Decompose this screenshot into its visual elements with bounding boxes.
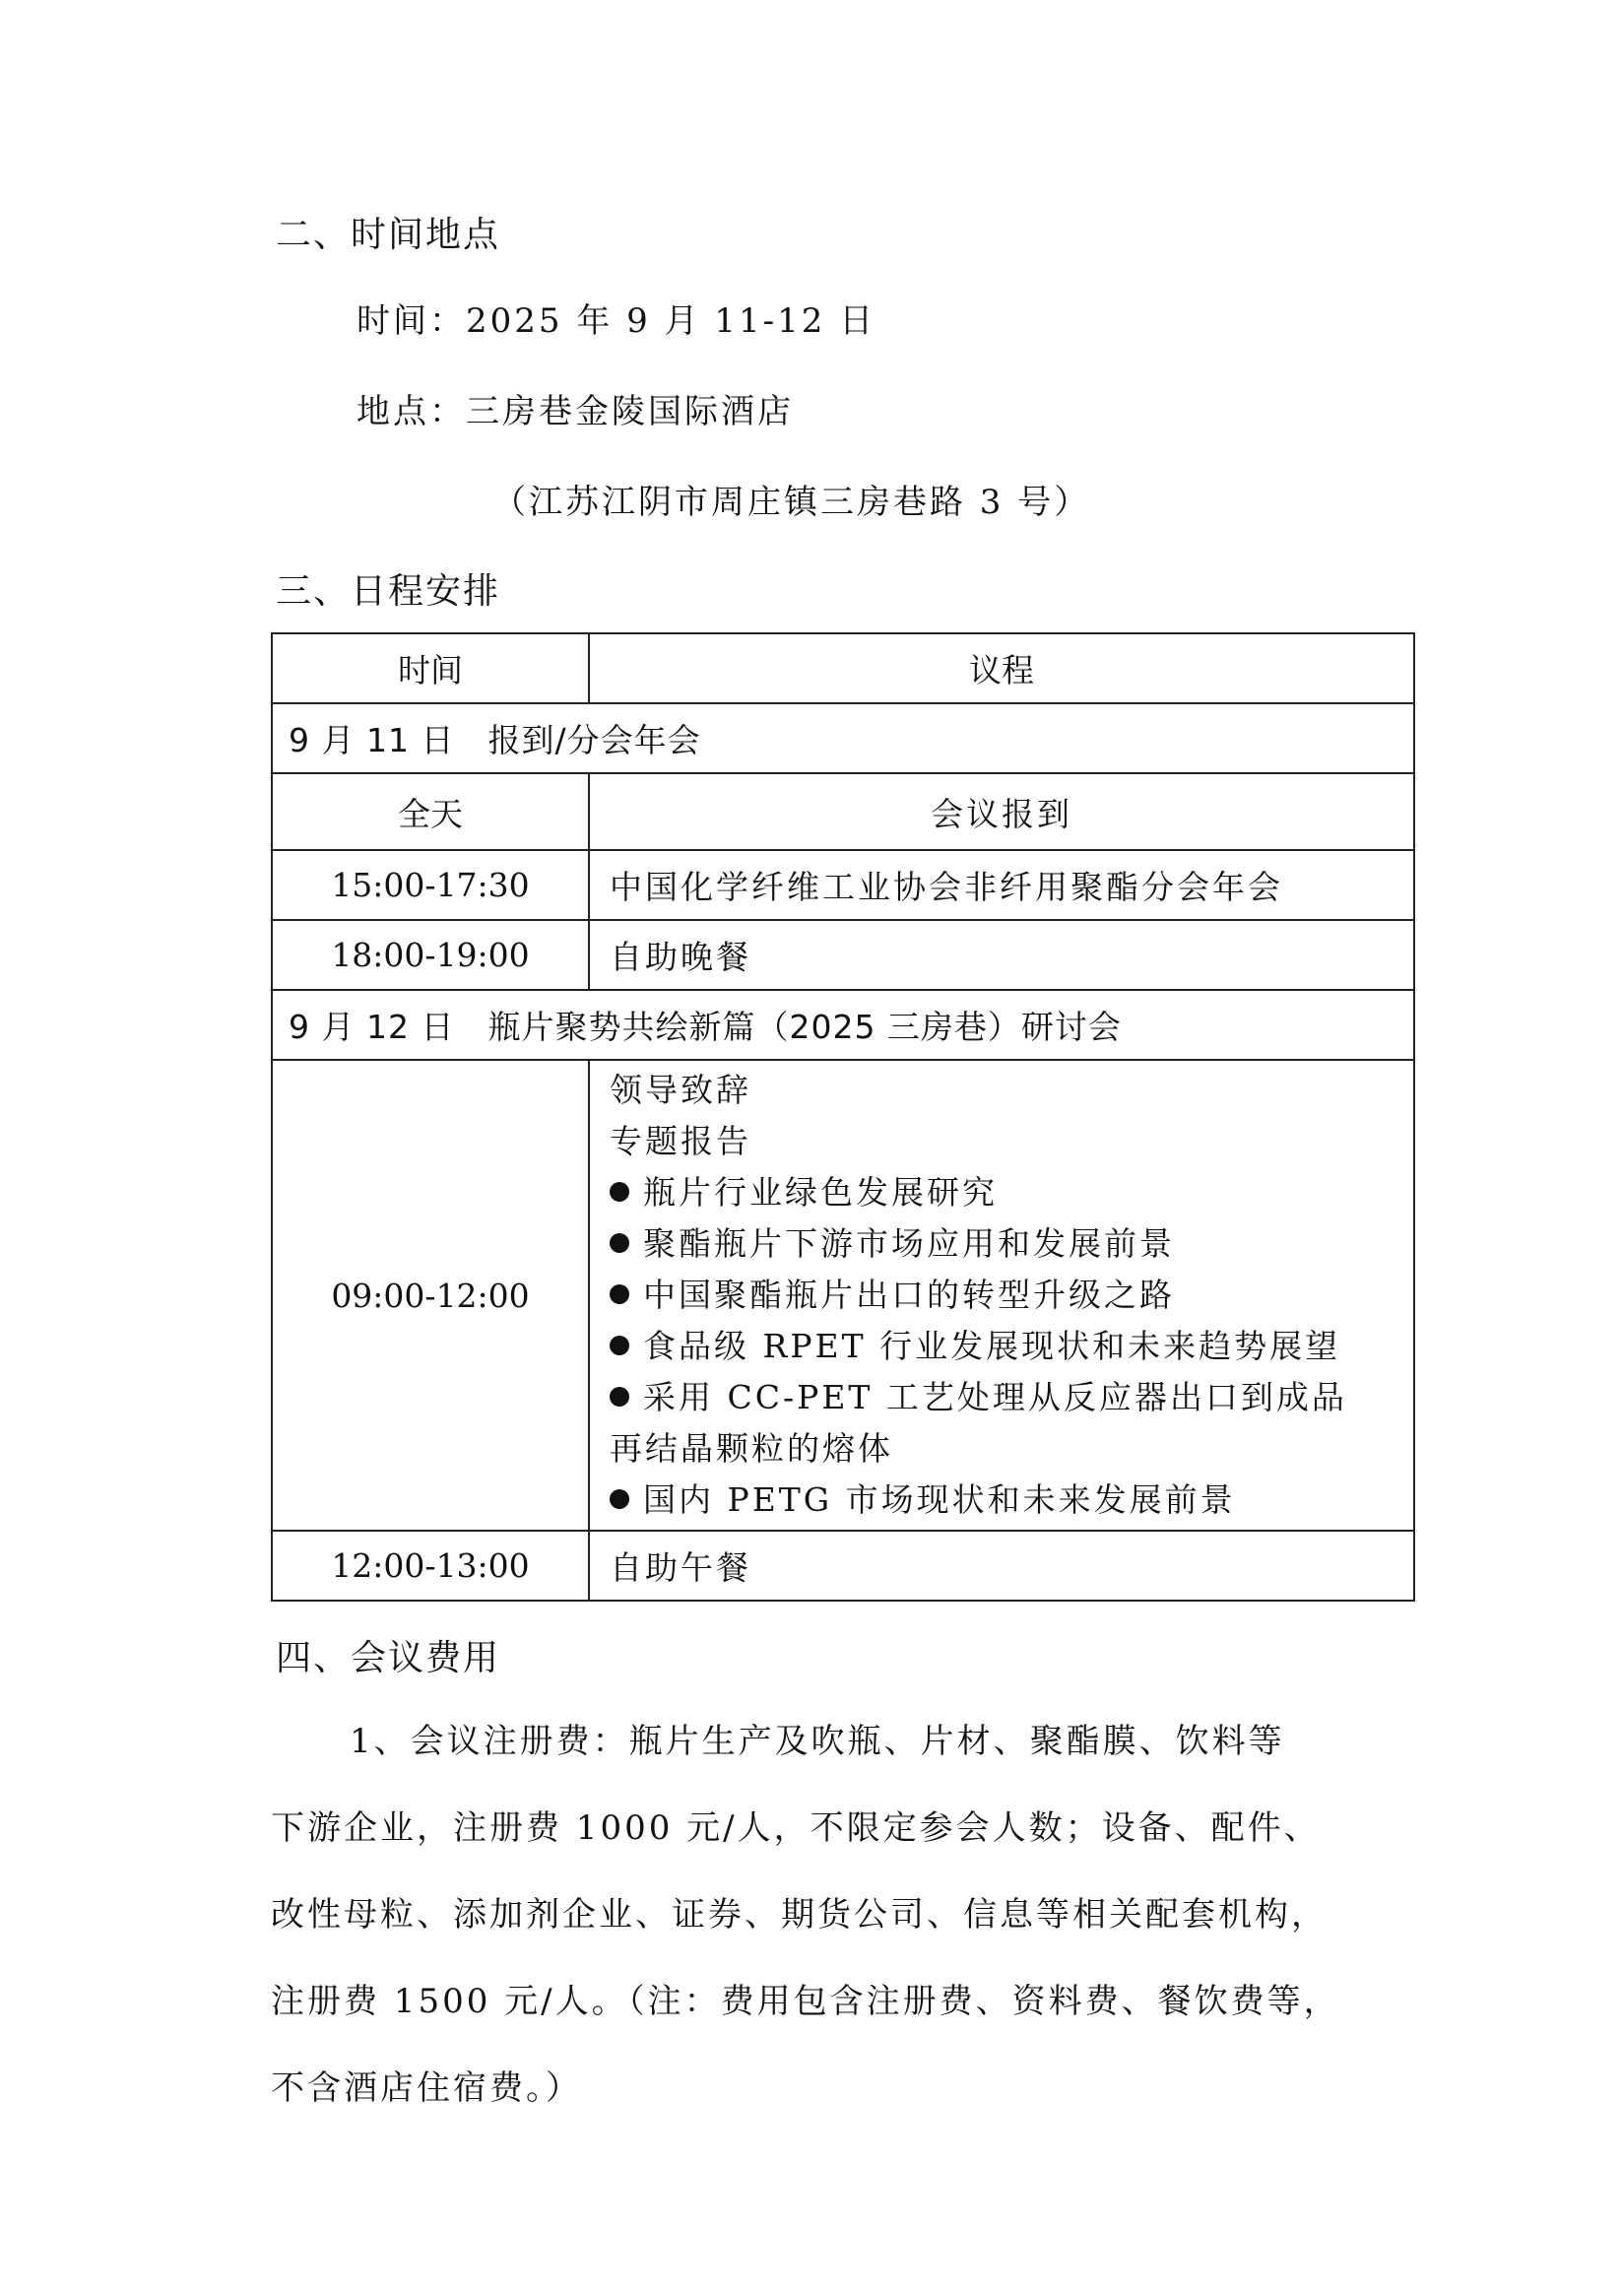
agenda-cell-morning: 领导致辞 专题报告 瓶片行业绿色发展研究 聚酯瓶片下游市场应用和发展前景 中国聚… xyxy=(589,1060,1414,1531)
time-cell: 18:00-19:00 xyxy=(272,920,589,990)
fee-line: 注册费 1500 元/人。（注：费用包含注册费、资料费、餐饮费等， xyxy=(271,1974,1340,2022)
meeting-time: 时间：2025 年 9 月 11-12 日 xyxy=(357,294,875,342)
agenda-bullet-item: 食品级 RPET 行业发展现状和未来趋势展望 xyxy=(610,1321,1413,1372)
section-heading-fees: 四、会议费用 xyxy=(276,1630,500,1680)
table-header-row: 时间 议程 xyxy=(272,633,1414,703)
agenda-cell: 自助午餐 xyxy=(589,1531,1414,1601)
schedule-table: 时间 议程 9 月 11 日 报到/分会年会 全天 会议报到 15:00-17:… xyxy=(271,632,1415,1602)
agenda-line: 领导致辞 xyxy=(610,1065,1413,1116)
bullet-icon xyxy=(610,1336,629,1355)
section-heading-time-place: 二、时间地点 xyxy=(276,207,500,257)
table-row-morning: 09:00-12:00 领导致辞 专题报告 瓶片行业绿色发展研究 聚酯瓶片下游市… xyxy=(272,1060,1414,1531)
fee-line: 1、会议注册费：瓶片生产及吹瓶、片材、聚酯膜、饮料等 xyxy=(350,1714,1285,1762)
fee-line: 改性母粒、添加剂企业、证券、期货公司、信息等相关配套机构， xyxy=(271,1887,1328,1935)
header-time: 时间 xyxy=(272,633,589,703)
day-label: 9 月 11 日 报到/分会年会 xyxy=(272,703,1414,773)
day-label: 9 月 12 日 瓶片聚势共绘新篇（2025 三房巷）研讨会 xyxy=(272,990,1414,1060)
header-agenda: 议程 xyxy=(589,633,1414,703)
agenda-line-continuation: 再结晶颗粒的熔体 xyxy=(610,1423,1413,1475)
time-cell: 全天 xyxy=(272,773,589,850)
fee-line: 不含酒店住宿费。） xyxy=(271,2061,582,2109)
agenda-line: 专题报告 xyxy=(610,1116,1413,1167)
agenda-cell: 会议报到 xyxy=(589,773,1414,850)
meeting-place: 地点：三房巷金陵国际酒店 xyxy=(357,384,794,432)
meeting-address: （江苏江阴市周庄镇三房巷路 3 号） xyxy=(492,475,1090,523)
agenda-bullet-item: 瓶片行业绿色发展研究 xyxy=(610,1167,1413,1218)
bullet-icon xyxy=(610,1387,629,1407)
day-row-sep-12: 9 月 12 日 瓶片聚势共绘新篇（2025 三房巷）研讨会 xyxy=(272,990,1414,1060)
agenda-cell: 中国化学纤维工业协会非纤用聚酯分会年会 xyxy=(589,850,1414,920)
bullet-icon xyxy=(610,1233,629,1253)
time-cell: 12:00-13:00 xyxy=(272,1531,589,1601)
bullet-icon xyxy=(610,1182,629,1202)
table-row: 18:00-19:00 自助晚餐 xyxy=(272,920,1414,990)
agenda-bullet-item: 采用 CC-PET 工艺处理从反应器出口到成品 xyxy=(610,1372,1413,1423)
section-heading-schedule: 三、日程安排 xyxy=(276,563,500,614)
fee-line: 下游企业，注册费 1000 元/人，不限定参会人数；设备、配件、 xyxy=(271,1801,1321,1849)
time-cell: 09:00-12:00 xyxy=(272,1060,589,1531)
day-row-sep-11: 9 月 11 日 报到/分会年会 xyxy=(272,703,1414,773)
agenda-bullet-item: 聚酯瓶片下游市场应用和发展前景 xyxy=(610,1218,1413,1270)
agenda-bullet-item: 国内 PETG 市场现状和未来发展前景 xyxy=(610,1475,1413,1526)
table-row: 15:00-17:30 中国化学纤维工业协会非纤用聚酯分会年会 xyxy=(272,850,1414,920)
table-row: 12:00-13:00 自助午餐 xyxy=(272,1531,1414,1601)
bullet-icon xyxy=(610,1489,629,1509)
time-cell: 15:00-17:30 xyxy=(272,850,589,920)
bullet-icon xyxy=(610,1284,629,1304)
agenda-bullet-item: 中国聚酯瓶片出口的转型升级之路 xyxy=(610,1270,1413,1321)
table-row: 全天 会议报到 xyxy=(272,773,1414,850)
document-page: 二、时间地点 时间：2025 年 9 月 11-12 日 地点：三房巷金陵国际酒… xyxy=(0,0,1621,2296)
agenda-cell: 自助晚餐 xyxy=(589,920,1414,990)
